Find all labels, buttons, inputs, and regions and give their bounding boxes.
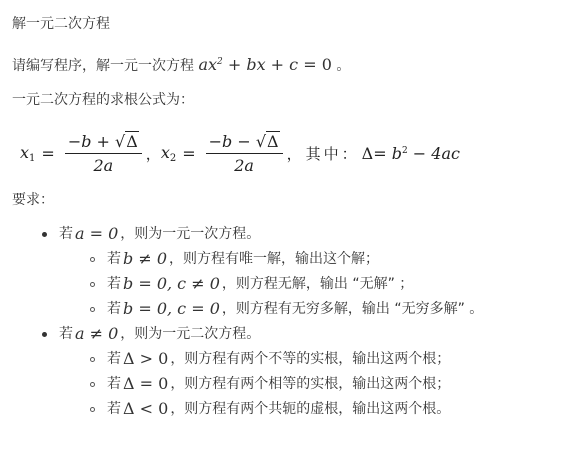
circle-bullet-icon: [90, 357, 95, 362]
quadratic-equation: ax2 + bx + c = 0: [198, 55, 331, 74]
requirement-subitem: 若 b = 0, c ≠ 0，则方程无解，输出 “无解” ；: [90, 274, 413, 294]
equals-sign: =: [41, 144, 54, 163]
bullet-icon: [42, 232, 47, 237]
condition: Δ < 0: [123, 399, 168, 419]
circle-bullet-icon: [90, 407, 95, 412]
comma: ，: [287, 143, 302, 164]
circle-bullet-icon: [90, 282, 95, 287]
x2-symbol: x2: [161, 143, 176, 164]
requirement-subitem: 若 Δ > 0，则方程有两个不等的实根，输出这两个根；: [90, 349, 450, 369]
condition: b = 0, c ≠ 0: [123, 274, 220, 294]
condition: Δ = 0: [123, 374, 168, 394]
circle-bullet-icon: [90, 307, 95, 312]
circle-bullet-icon: [90, 257, 95, 262]
condition: b = 0, c = 0: [123, 299, 220, 319]
requirements-label: 要求：: [12, 190, 54, 210]
where-label: 其中：: [306, 143, 360, 164]
requirement-item: 若 a = 0，则为一元一次方程。: [42, 224, 260, 244]
x2-denominator: 2a: [234, 154, 254, 175]
x1-fraction: −b + √Δ 2a: [65, 132, 142, 175]
x1-denominator: 2a: [93, 154, 113, 175]
condition: a = 0: [75, 224, 118, 244]
circle-bullet-icon: [90, 382, 95, 387]
equals-sign: =: [182, 144, 195, 163]
problem-statement-suffix: 。: [332, 58, 350, 74]
x1-symbol: x1: [20, 143, 35, 164]
x2-fraction: −b − √Δ 2a: [206, 132, 283, 175]
formula-intro: 一元二次方程的求根公式为：: [12, 90, 194, 110]
requirement-subitem: 若 Δ < 0，则方程有两个共轭的虚根，输出这两个根。: [90, 399, 450, 419]
x1-numerator: −b + √Δ: [65, 132, 142, 154]
problem-statement-prefix: 请编写程序，解一元一次方程: [12, 58, 198, 74]
discriminant-definition: Δ= b2 − 4ac: [362, 144, 460, 163]
x2-numerator: −b − √Δ: [206, 132, 283, 154]
requirement-subitem: 若 b ≠ 0，则方程有唯一解，输出这个解；: [90, 249, 379, 269]
requirement-item: 若 a ≠ 0，则为一元二次方程。: [42, 324, 260, 344]
problem-statement: 请编写程序，解一元一次方程 ax2 + bx + c = 0 。: [12, 52, 350, 76]
condition: Δ > 0: [123, 349, 168, 369]
requirement-subitem: 若 Δ = 0，则方程有两个相等的实根，输出这两个根；: [90, 374, 450, 394]
page-title: 解一元二次方程: [12, 14, 110, 34]
condition: b ≠ 0: [123, 249, 167, 269]
bullet-icon: [42, 332, 47, 337]
condition: a ≠ 0: [75, 324, 118, 344]
quadratic-formula: x1 = −b + √Δ 2a ， x2 = −b − √Δ 2a ， 其中： …: [20, 130, 460, 176]
requirement-subitem: 若 b = 0, c = 0，则方程有无穷多解，输出 “无穷多解” 。: [90, 299, 483, 319]
comma: ，: [146, 143, 161, 164]
